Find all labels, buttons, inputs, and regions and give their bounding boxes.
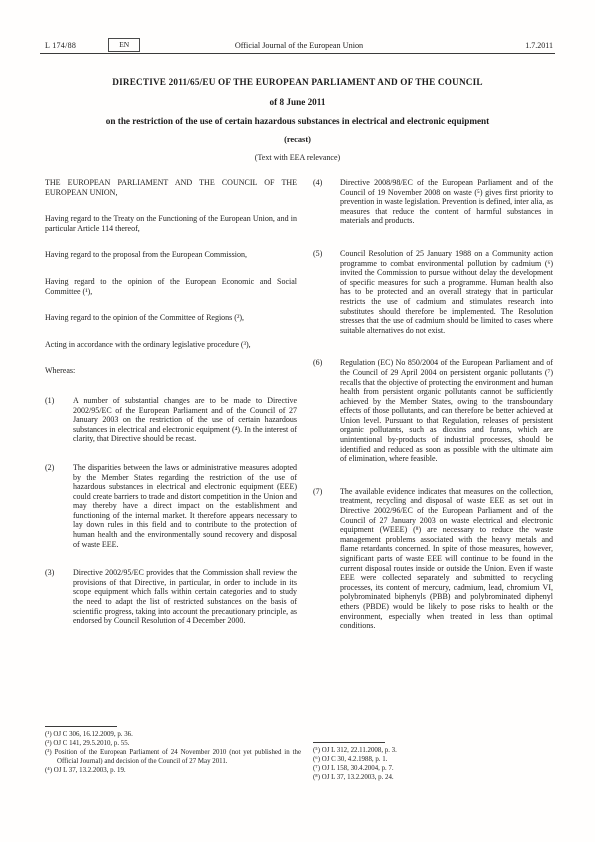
whereas-label: Whereas: — [45, 366, 297, 376]
footnote-text: OJ L 37, 13.2.2003, p. 24. — [322, 774, 394, 781]
left-column: THE EUROPEAN PARLIAMENT AND THE COUNCIL … — [45, 178, 297, 654]
footnote-divider — [45, 726, 117, 727]
recital-text: The disparities between the laws or admi… — [73, 463, 297, 549]
header-divider — [40, 53, 555, 54]
recital-number: (4) — [313, 178, 340, 226]
recital-number: (7) — [313, 487, 340, 631]
footnote-1: (¹) OJ C 306, 16.12.2009, p. 36. — [45, 730, 301, 739]
footnote-marker: (⁴) — [45, 767, 52, 774]
recital-6: (6) Regulation (EC) No 850/2004 of the E… — [313, 358, 553, 464]
footnote-marker: (⁶) — [313, 756, 320, 763]
recital-text: A number of substantial changes are to b… — [73, 396, 297, 444]
recital-text: Directive 2002/95/EC provides that the C… — [73, 568, 297, 626]
eea-relevance-note: (Text with EEA relevance) — [40, 153, 555, 162]
recital-number: (1) — [45, 396, 73, 444]
footnote-divider — [313, 742, 385, 743]
preamble-parties: THE EUROPEAN PARLIAMENT AND THE COUNCIL … — [45, 178, 297, 197]
recital-4: (4) Directive 2008/98/EC of the European… — [313, 178, 553, 226]
recital-text: Council Resolution of 25 January 1988 on… — [340, 249, 553, 335]
footnote-3: (³) Position of the European Parliament … — [45, 748, 301, 766]
recital-number: (6) — [313, 358, 340, 464]
footnote-2: (²) OJ C 141, 29.5.2010, p. 55. — [45, 739, 301, 748]
footnote-marker: (⁵) — [313, 747, 320, 754]
recast-note: (recast) — [40, 135, 555, 144]
preamble-proposal: Having regard to the proposal from the E… — [45, 250, 297, 260]
journal-title: Official Journal of the European Union — [45, 41, 553, 50]
footnote-marker: (³) — [45, 749, 52, 756]
footnote-text: OJ L 37, 13.2.2003, p. 19. — [54, 767, 126, 774]
recital-3: (3) Directive 2002/95/EC provides that t… — [45, 568, 297, 626]
recital-number: (2) — [45, 463, 73, 549]
directive-subject: on the restriction of the use of certain… — [40, 116, 555, 126]
recital-number: (3) — [45, 568, 73, 626]
footnote-text: OJ L 312, 22.11.2008, p. 3. — [322, 747, 397, 754]
recital-1: (1) A number of substantial changes are … — [45, 396, 297, 444]
right-footnotes: (⁵) OJ L 312, 22.11.2008, p. 3. (⁶) OJ C… — [313, 742, 555, 782]
footnote-5: (⁵) OJ L 312, 22.11.2008, p. 3. — [313, 746, 555, 755]
directive-date: of 8 June 2011 — [40, 97, 555, 107]
footnote-marker: (⁸) — [313, 774, 320, 781]
recital-7: (7) The available evidence indicates tha… — [313, 487, 553, 631]
footnote-marker: (²) — [45, 740, 52, 747]
footnote-marker: (¹) — [45, 731, 52, 738]
footnote-8: (⁸) OJ L 37, 13.2.2003, p. 24. — [313, 773, 555, 782]
footnote-7: (⁷) OJ L 158, 30.4.2004, p. 7. — [313, 764, 555, 773]
title-block: DIRECTIVE 2011/65/EU OF THE EUROPEAN PAR… — [40, 77, 555, 162]
left-footnotes: (¹) OJ C 306, 16.12.2009, p. 36. (²) OJ … — [45, 726, 301, 775]
document-page: L 174/88 EN Official Journal of the Euro… — [0, 0, 595, 842]
preamble-eesc-opinion: Having regard to the opinion of the Euro… — [45, 277, 297, 296]
right-column: (4) Directive 2008/98/EC of the European… — [313, 178, 553, 654]
recital-number: (5) — [313, 249, 340, 335]
preamble-procedure: Acting in accordance with the ordinary l… — [45, 340, 297, 350]
directive-title: DIRECTIVE 2011/65/EU OF THE EUROPEAN PAR… — [40, 77, 555, 87]
recital-text: The available evidence indicates that me… — [340, 487, 553, 631]
recital-2: (2) The disparities between the laws or … — [45, 463, 297, 549]
footnote-text: Position of the European Parliament of 2… — [55, 749, 301, 765]
footnote-text: OJ L 158, 30.4.2004, p. 7. — [322, 765, 394, 772]
footnote-marker: (⁷) — [313, 765, 320, 772]
footnote-text: OJ C 306, 16.12.2009, p. 36. — [53, 731, 132, 738]
preamble-treaty: Having regard to the Treaty on the Funct… — [45, 214, 297, 233]
footnote-6: (⁶) OJ C 30, 4.2.1988, p. 1. — [313, 755, 555, 764]
recital-text: Regulation (EC) No 850/2004 of the Europ… — [340, 358, 553, 464]
preamble-regions-opinion: Having regard to the opinion of the Comm… — [45, 313, 297, 323]
body-columns: THE EUROPEAN PARLIAMENT AND THE COUNCIL … — [45, 178, 553, 654]
recital-text: Directive 2008/98/EC of the European Par… — [340, 178, 553, 226]
footnote-text: OJ C 141, 29.5.2010, p. 55. — [53, 740, 129, 747]
page-header: L 174/88 EN Official Journal of the Euro… — [45, 37, 553, 53]
recital-5: (5) Council Resolution of 25 January 198… — [313, 249, 553, 335]
footnote-4: (⁴) OJ L 37, 13.2.2003, p. 19. — [45, 766, 301, 775]
footnote-text: OJ C 30, 4.2.1988, p. 1. — [322, 756, 388, 763]
